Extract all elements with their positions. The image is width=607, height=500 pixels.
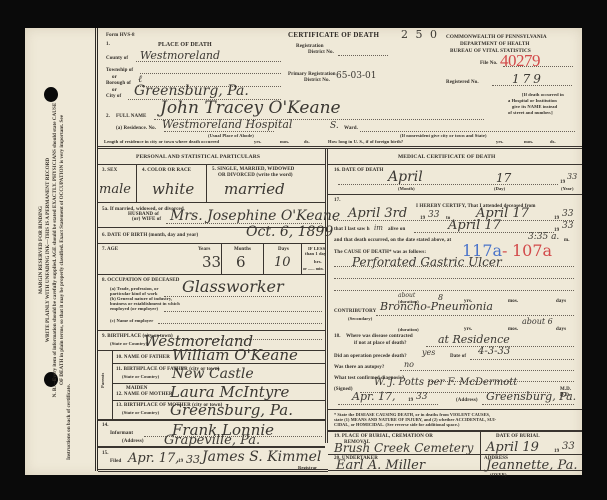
ward-label: Ward. [344,126,358,131]
length-yrs-label: yrs. [254,139,262,144]
operation-label: Did an operation precede death? [334,354,407,359]
section-1-number: 1. [106,42,110,47]
occupation-c-line [158,323,322,324]
full-name-label: FULL NAME [116,114,147,119]
occupation-label: 8. OCCUPATION OF DECEASED [102,278,179,283]
age-days-label: Days [278,247,289,252]
length-residence-label: Length of residence in city or town wher… [104,139,219,144]
contributory-mos: mos. [508,327,518,332]
county-label: County of [106,56,128,61]
attended-to-year-prefix: 19 [554,216,559,221]
column-divider [325,148,328,443]
burial-date-value: April 19 [486,440,539,455]
attended-from-value: April 3rd [348,206,407,221]
father-value: William O'Keane [172,346,298,364]
cause-dash: - [502,241,507,260]
cause-line-2 [334,278,574,279]
or-label-1: or [112,75,117,80]
margin-nb-text-2: OF DEATH in plain terms, so that it may … [59,40,66,460]
filed-label: Filed [110,459,121,464]
signed-year: 33 [416,392,427,402]
operation-date-label: Date of [450,354,466,359]
signed-address-line [482,404,574,405]
bottom-border-right [328,470,582,471]
month-label: (Month) [398,186,415,191]
or-label-2: or [112,88,117,93]
date-of-death-year-prefix: 19 [560,180,565,185]
attended-from-year-prefix: 19 [420,216,425,221]
age-hrs-label: hrs. [314,259,322,264]
divider-top [98,146,582,149]
form-number: Form HVS-8 [106,33,135,38]
date-of-death-label: 16. DATE OF DEATH [334,168,383,173]
age-days-value: 10 [274,255,291,270]
father-birthplace-label-2: (State or Country) [122,374,159,379]
personal-heading-line [98,164,325,165]
last-saw-label: that I last saw h [334,227,370,232]
contributory-line [376,315,574,316]
contributory-duration-value: about 6 [522,317,553,326]
margin-write-plainly-text: WRITE PLAINLY WITH UNFADING INK—THIS IS … [45,40,52,460]
full-name-value: John Tracey O'Keane [160,98,341,118]
filed-year-value: 33 [186,453,200,466]
row-line-7 [112,363,325,364]
handwritten-number: 2 5 0 [401,28,439,41]
occupation-c-label: (c) Name of employer [110,318,153,323]
burial-year: 33 [562,441,575,452]
mother-birthplace-label-2: (State or Country) [122,410,159,415]
medical-heading: MEDICAL CERTIFICATE OF DEATH [398,154,495,160]
contracted-number: 18. [334,334,341,339]
margin-nb-text: N. B.—Every item of information should b… [52,40,59,460]
informant-number: 14. [102,423,109,428]
over-label: (OVER) [490,472,507,477]
spouse-value: Mrs. Josephine O'Keane [170,208,340,224]
certificate-form: Form HVS-8 CERTIFICATE OF DEATH 2 5 0 CO… [95,28,582,471]
personal-heading: PERSONAL AND STATISTICAL PARTICULARS [136,154,260,160]
father-birthplace-value: New Castle [172,366,254,382]
occupation-b-line [164,311,322,312]
medical-row-line-1 [328,194,582,195]
date-of-death-day: 17 [496,171,511,185]
signed-label: (Signed) [334,387,353,392]
primary-registration-label: Primary Registration [288,72,336,77]
mother-birthplace-value: Greensburg, Pa. [170,401,293,419]
residence-value: Westmoreland Hospital [162,118,292,131]
burial-top-line [328,430,582,432]
duration-mos: mos. [508,299,518,304]
registered-no-label: Registered No. [446,80,479,85]
color-value: white [152,180,194,198]
registration-label: Registration [296,44,324,49]
row-line-3 [98,243,325,244]
death-time-suffix: m. [564,238,570,243]
birthplace-label-2: (State or Country) [110,341,147,346]
row-line-4 [98,274,325,275]
section-2-number: 2. [106,114,110,119]
age-months-label: Months [234,247,251,252]
autopsy-label: Was there an autopsy? [334,365,385,370]
color-label: 4. COLOR OR RACE [142,168,191,173]
operation-value: yes [422,348,435,357]
contracted-value: at Residence [438,333,510,346]
signed-date-line [338,404,438,405]
city-value: Greensburg, Pa. [134,83,249,99]
color-divider [206,164,207,202]
burial-place-label-1: 19. PLACE OF BURIAL, CREMATION OR [334,434,433,439]
marital-value: married [224,180,285,198]
date-of-death-line [338,184,558,185]
ward-line [360,131,575,132]
parents-side-divider [112,350,113,419]
burial-mid-line [328,454,582,455]
margin-instructions: MARGIN RESERVED FOR BINDING WRITE PLAINL… [38,40,94,460]
city-label: City of [106,94,121,99]
township-line [140,73,281,74]
registration-district-label: District No. [308,50,334,55]
margin-nb-text-3: Instructions on back of certificate. [66,40,73,460]
filed-date-value: Apr. 17, [128,451,179,466]
cause-line-3 [334,290,574,291]
autopsy-line [400,370,574,371]
filed-year-prefix: 19 [178,459,183,464]
duration-note: about [398,292,415,299]
margin-reserved-text: MARGIN RESERVED FOR BINDING [38,40,45,460]
last-saw-pronoun: im [374,224,383,232]
sex-value: male [99,182,131,197]
county-value: Westmoreland [140,49,220,62]
mother-value: Laura McIntyre [170,383,289,401]
occupation-value: Glassworker [182,277,284,296]
last-saw-year: 33 [562,221,573,231]
row-line-1 [98,202,325,203]
residence-label: (a) Residence. No. [116,126,156,131]
operation-date-value: 4-3-33 [478,346,510,357]
medical-heading-line [328,164,582,165]
day-label: (Day) [494,186,505,191]
row-line-5 [98,330,325,331]
spouse-label-3: (or) WIFE of [132,217,161,222]
burial-place-value: Brush Creek Cemetery [334,441,473,455]
footnote-line-3: CIDAL, or HOMICIDAL. (See reverse side f… [334,422,460,427]
occupation-b-label-3: employed (or employer) [110,306,158,311]
issuer-line2: DEPARTMENT OF HEALTH [460,41,530,47]
last-saw-value: April 17 [448,218,501,233]
attended-from-year: 33 [428,210,439,220]
burial-divider [480,430,481,470]
length-ds-label: ds. [304,139,310,144]
age-min-label: or ...... min. [303,266,324,271]
contributory-value: Broncho-Pneumonia [380,300,493,313]
secondary-label: (Secondary) [348,316,372,321]
filed-number: 15. [102,451,109,456]
dob-value: Oct. 6, 1899 [246,224,333,240]
parents-side-label: Parents [100,373,105,388]
registration-district-line [338,55,388,56]
certificate-title: CERTIFICATE OF DEATH [288,31,379,39]
contributory-duration-label: (duration) [398,327,419,332]
medical-row-line-2 [328,409,582,410]
marital-label-1: 5. SINGLE, MARRIED, WIDOWED [212,167,294,172]
operation-date-line [470,359,574,360]
registered-no-value: 179 [512,72,544,86]
contracted-label-1: Where was disease contracted [346,334,413,339]
age-divider-1 [221,243,222,274]
year-label: (Year) [561,186,574,191]
residence-line [164,131,274,132]
informant-address-label: (Address) [122,439,144,444]
cause-code-2: 107a [512,241,552,260]
us-mos-label: mos. [524,139,533,144]
dob-label: 6. DATE OF BIRTH (month, day and year) [102,233,198,238]
age-years-value: 33 [202,253,221,271]
contracted-label-2: if not at place of death? [354,341,407,346]
hospital-note-3: give its NAME instead [512,104,557,109]
file-no-label: File No. [480,61,497,66]
certify-number: 17. [334,198,341,203]
bottom-border-left [98,469,328,472]
length-mos-label: mos. [280,139,289,144]
informant-label: Informant [110,431,133,436]
primary-registration-value: 65-03-01 [336,71,376,81]
contributory-yrs: yrs. [464,327,472,332]
us-ds-label: ds. [550,139,556,144]
usual-place-label: (Usual Place of Abode) [208,133,254,138]
us-residence-label: How long in U. S., if of foreign birth? [328,139,403,144]
signed-value: W. J. Potts per F. McDermott [374,377,517,388]
signed-address-value: Greensburg, Pa. [486,390,576,403]
date-of-death-month: April [388,169,423,185]
nonresident-note: (If nonresident give city or town and St… [400,133,487,138]
autopsy-value: no [404,360,414,369]
age-divider-3 [301,243,302,274]
place-of-death-heading: PLACE OF DEATH [158,42,212,48]
age-label: 7. AGE [102,247,118,252]
age-divider-2 [263,243,264,274]
row-line-11 [98,446,325,448]
file-no-value: 40279 [500,51,540,71]
sex-divider [136,164,137,202]
ward-value: S. [330,121,339,131]
death-occurred-label: and that death occurred, on the date sta… [334,238,451,243]
hospital-note-4: of street and number.] [508,110,553,115]
sex-label: 3. SEX [102,168,117,173]
borough-label: Borough of [106,81,131,86]
registrar-signature: James S. Kimmel [202,449,321,465]
duration-days: days [556,299,566,304]
primary-district-label: District No. [304,78,330,83]
age-less-label-2: than 1 day [305,251,326,256]
us-yrs-label: yrs. [496,139,504,144]
mother-label: 12. NAME OF MOTHER [116,392,173,397]
signed-year-prefix: 19 [408,398,413,403]
signed-address-label: (Address) [456,398,478,403]
date-of-death-year: 33 [567,172,577,181]
father-label: 10. NAME OF FATHER [116,355,170,360]
signed-date: Apr. 17, [352,390,396,403]
marital-label-2: OR DIVORCED (write the word) [218,173,293,178]
contributory-days: days [556,327,566,332]
mother-maiden-label: MAIDEN [126,386,147,391]
issuer-line1: COMMONWEALTH OF PENNSYLVANIA [446,34,547,40]
age-years-label: Years [198,247,210,252]
hospital-note-1: [If death occurred in [522,92,564,97]
burial-date-label: DATE OF BURIAL [496,434,540,439]
age-months-value: 6 [236,253,246,271]
township-label: Township of [106,68,133,73]
cause-value: Perforated Gastric Ulcer [352,255,502,269]
hospital-note-2: a Hospital or Institution [508,98,557,103]
attended-to-year: 33 [562,209,573,219]
last-saw-label-2: alive on [388,227,405,232]
occupation-a-line [164,296,322,297]
contributory-label: CONTRIBUTORY [334,309,376,314]
